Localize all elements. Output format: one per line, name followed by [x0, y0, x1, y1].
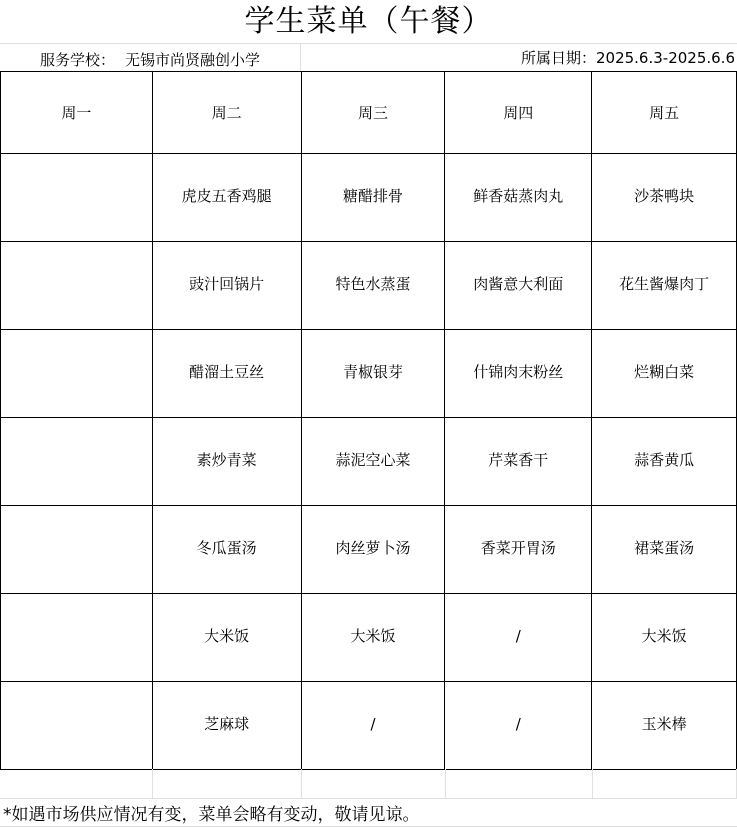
header-friday: 周五	[592, 72, 737, 154]
date-range: 2025.6.3-2025.6.6	[596, 49, 735, 67]
dish-cell: 蒜泥空心菜	[301, 418, 445, 506]
info-row: 服务学校： 无锡市尚贤融创小学 所属日期： 2025.6.3-2025.6.6	[0, 44, 737, 71]
dish-cell: 醋溜土豆丝	[152, 330, 301, 418]
day-header-row: 周一 周二 周三 周四 周五	[1, 72, 737, 154]
dish-cell	[1, 594, 153, 682]
dish-cell: 冬瓜蛋汤	[152, 506, 301, 594]
dish-cell: 烂糊白菜	[592, 330, 737, 418]
gridline	[152, 769, 153, 799]
dish-cell: 鲜香菇蒸肉丸	[445, 154, 592, 242]
dish-cell: 特色水蒸蛋	[301, 242, 445, 330]
title-row: 学生菜单（午餐）	[0, 0, 737, 44]
dish-cell	[1, 242, 153, 330]
dish-cell: 素炒青菜	[152, 418, 301, 506]
dish-cell	[1, 682, 153, 770]
footnote: *如遇市场供应情况有变，菜单会略有变动，敬请见谅。	[0, 799, 737, 827]
date-info: 所属日期： 2025.6.3-2025.6.6	[301, 44, 737, 71]
gridline	[592, 769, 593, 799]
school-name: 无锡市尚贤融创小学	[125, 49, 260, 70]
dish-cell: 糖醋排骨	[301, 154, 445, 242]
menu-sheet: 学生菜单（午餐） 服务学校： 无锡市尚贤融创小学 所属日期： 2025.6.3-…	[0, 0, 737, 827]
menu-row: 豉汁回锅片 特色水蒸蛋 肉酱意大利面 花生酱爆肉丁	[1, 242, 737, 330]
dish-cell: 大米饭	[152, 594, 301, 682]
date-label: 所属日期：	[521, 47, 596, 68]
menu-row: 素炒青菜 蒜泥空心菜 芹菜香干 蒜香黄瓜	[1, 418, 737, 506]
menu-row: 大米饭 大米饭 / 大米饭	[1, 594, 737, 682]
dish-cell: 肉丝萝卜汤	[301, 506, 445, 594]
menu-row: 虎皮五香鸡腿 糖醋排骨 鲜香菇蒸肉丸 沙茶鸭块	[1, 154, 737, 242]
dish-cell: /	[445, 594, 592, 682]
dish-cell: 大米饭	[301, 594, 445, 682]
dish-cell: 花生酱爆肉丁	[592, 242, 737, 330]
dish-cell	[1, 418, 153, 506]
gridline	[301, 769, 302, 799]
dish-cell: 虎皮五香鸡腿	[152, 154, 301, 242]
menu-row: 醋溜土豆丝 青椒银芽 什锦肉末粉丝 烂糊白菜	[1, 330, 737, 418]
dish-cell: 青椒银芽	[301, 330, 445, 418]
dish-cell: 什锦肉末粉丝	[445, 330, 592, 418]
dish-cell: 玉米棒	[592, 682, 737, 770]
dish-cell: 芝麻球	[152, 682, 301, 770]
blank-grid-row	[0, 769, 737, 799]
dish-cell	[1, 154, 153, 242]
school-info: 服务学校： 无锡市尚贤融创小学	[0, 44, 301, 71]
dish-cell: /	[301, 682, 445, 770]
header-tuesday: 周二	[152, 72, 301, 154]
dish-cell	[1, 506, 153, 594]
school-label: 服务学校：	[40, 49, 115, 70]
dish-cell: 香菜开胃汤	[445, 506, 592, 594]
page-title: 学生菜单（午餐）	[245, 7, 493, 37]
header-monday: 周一	[1, 72, 153, 154]
dish-cell: 裙菜蛋汤	[592, 506, 737, 594]
dish-cell: 肉酱意大利面	[445, 242, 592, 330]
header-thursday: 周四	[445, 72, 592, 154]
dish-cell: 豉汁回锅片	[152, 242, 301, 330]
dish-cell: /	[445, 682, 592, 770]
header-wednesday: 周三	[301, 72, 445, 154]
dish-cell: 芹菜香干	[445, 418, 592, 506]
dish-cell: 蒜香黄瓜	[592, 418, 737, 506]
menu-row: 冬瓜蛋汤 肉丝萝卜汤 香菜开胃汤 裙菜蛋汤	[1, 506, 737, 594]
menu-row: 芝麻球 / / 玉米棒	[1, 682, 737, 770]
dish-cell	[1, 330, 153, 418]
menu-table: 周一 周二 周三 周四 周五 虎皮五香鸡腿 糖醋排骨 鲜香菇蒸肉丸 沙茶鸭块 豉…	[0, 71, 737, 770]
dish-cell: 沙茶鸭块	[592, 154, 737, 242]
gridline	[445, 769, 446, 799]
dish-cell: 大米饭	[592, 594, 737, 682]
